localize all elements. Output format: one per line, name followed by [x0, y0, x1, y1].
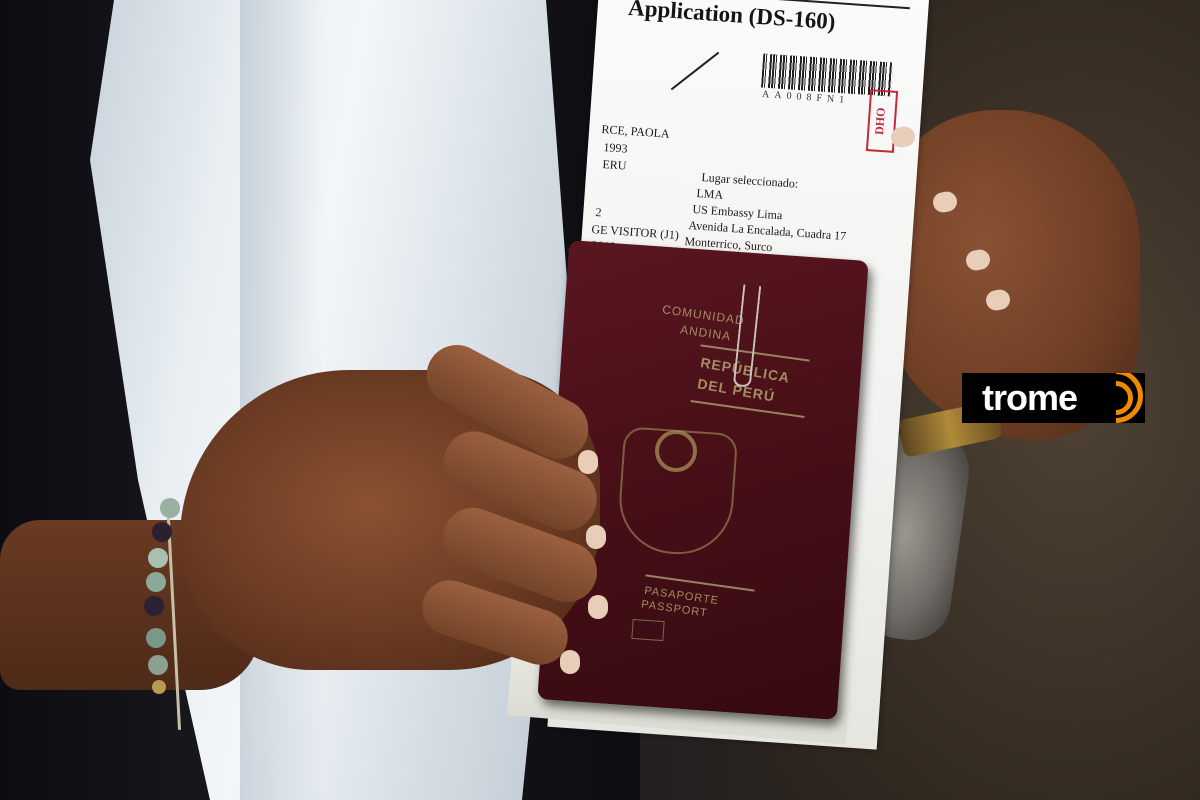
fingernail: [586, 525, 606, 549]
bracelet-bead: [160, 498, 180, 518]
fingernail: [588, 595, 608, 619]
applicant-field: 2: [595, 205, 602, 220]
bracelet-bead: [148, 548, 168, 568]
bracelet-bead: [144, 596, 164, 616]
applicant-birth-year: 1993: [603, 140, 628, 157]
location-code: LMA: [696, 186, 724, 203]
bracelet-bead: [148, 655, 168, 675]
wreath-icon: [655, 430, 697, 472]
bracelet-charm: [152, 680, 166, 694]
signal-waves-icon: [1113, 373, 1143, 423]
trome-logo: trome: [962, 373, 1145, 423]
photo-scene: Application (DS-160) AA008FN1 DHO RCE, P…: [0, 0, 1200, 800]
bracelet-bead: [152, 522, 172, 542]
applicant-nationality: ERU: [602, 157, 627, 174]
logo-wordmark: trome: [982, 380, 1077, 416]
biometric-chip-icon: [631, 619, 664, 641]
bracelet-bead: [146, 572, 166, 592]
fingernail: [578, 450, 598, 474]
bracelet-bead: [146, 628, 166, 648]
fingernail: [560, 650, 580, 674]
